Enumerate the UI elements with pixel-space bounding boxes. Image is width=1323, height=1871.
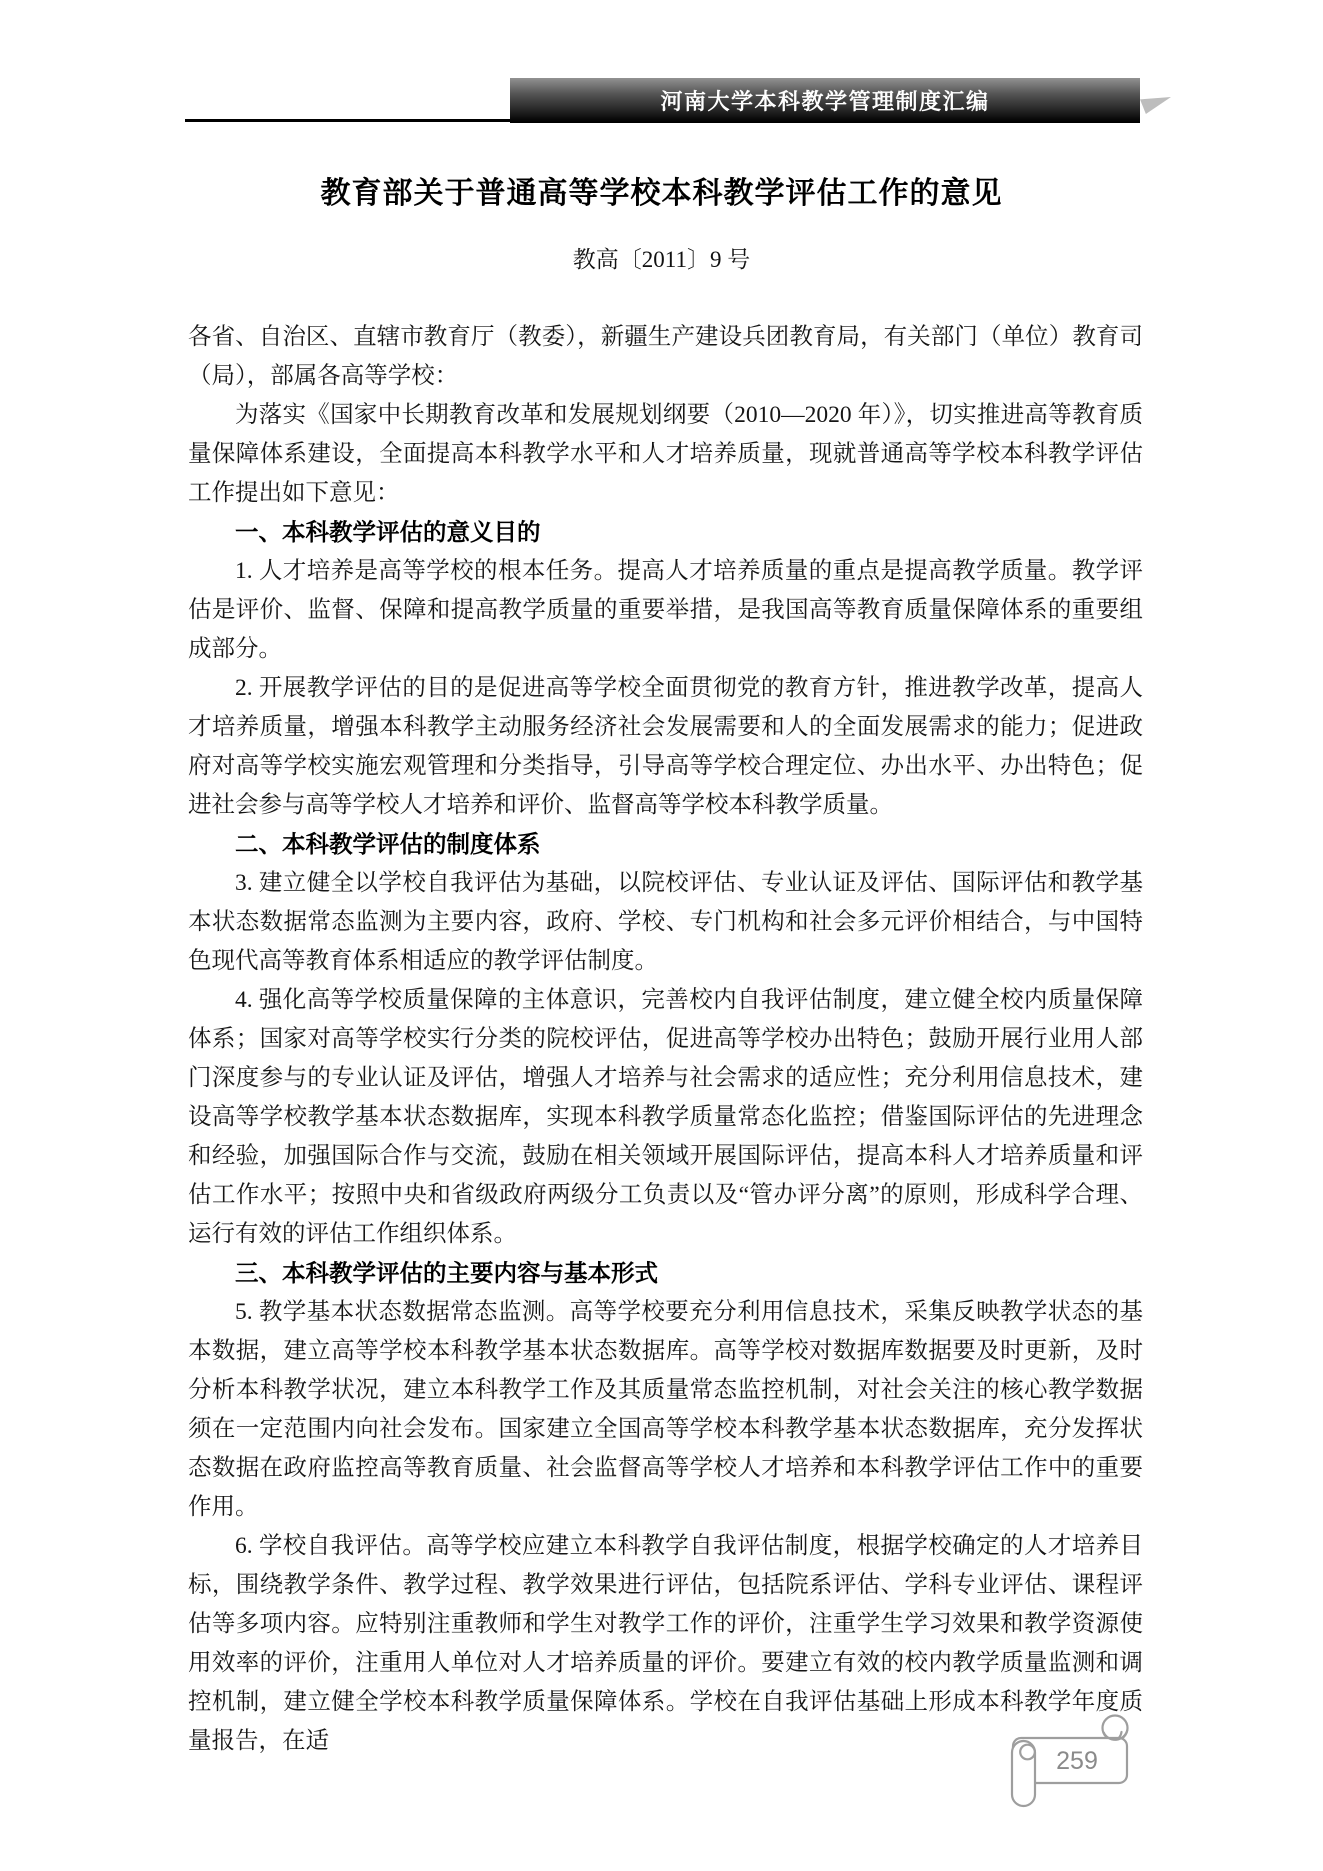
section-heading-2: 二、本科教学评估的制度体系 xyxy=(188,825,1143,864)
paragraph-item-5: 5. 教学基本状态数据常态监测。高等学校要充分利用信息技术，采集反映教学状态的基… xyxy=(188,1293,1143,1527)
header-banner-text: 河南大学本科教学管理制度汇编 xyxy=(660,85,989,116)
page-footer: 259 xyxy=(980,1695,1180,1825)
paragraph-item-1: 1. 人才培养是高等学校的根本任务。提高人才培养质量的重点是提高教学质量。教学评… xyxy=(188,552,1143,669)
header-arrow-decoration xyxy=(1140,97,1171,114)
section-heading-3: 三、本科教学评估的主要内容与基本形式 xyxy=(188,1254,1143,1293)
document-content: 各省、自治区、直辖市教育厅（教委），新疆生产建设兵团教育局，有关部门（单位）教育… xyxy=(188,318,1143,1761)
page-number: 259 xyxy=(1056,1747,1098,1775)
section-heading-1: 一、本科教学评估的意义目的 xyxy=(188,513,1143,552)
paragraph-item-3: 3. 建立健全以学校自我评估为基础，以院校评估、专业认证及评估、国际评估和教学基… xyxy=(188,864,1143,981)
document-title: 教育部关于普通高等学校本科教学评估工作的意见 xyxy=(0,168,1323,212)
paragraph-address: 各省、自治区、直辖市教育厅（教委），新疆生产建设兵团教育局，有关部门（单位）教育… xyxy=(188,318,1143,396)
paragraph-item-4: 4. 强化高等学校质量保障的主体意识，完善校内自我评估制度，建立健全校内质量保障… xyxy=(188,981,1143,1254)
paragraph-intro: 为落实《国家中长期教育改革和发展规划纲要（2010—2020 年）》，切实推进高… xyxy=(188,396,1143,513)
document-number: 教高〔2011〕9 号 xyxy=(0,241,1323,274)
scroll-banner-icon: 259 xyxy=(980,1695,1180,1825)
paragraph-item-2: 2. 开展教学评估的目的是促进高等学校全面贯彻党的教育方针，推进教学改革，提高人… xyxy=(188,669,1143,825)
header-banner: 河南大学本科教学管理制度汇编 xyxy=(510,78,1140,123)
